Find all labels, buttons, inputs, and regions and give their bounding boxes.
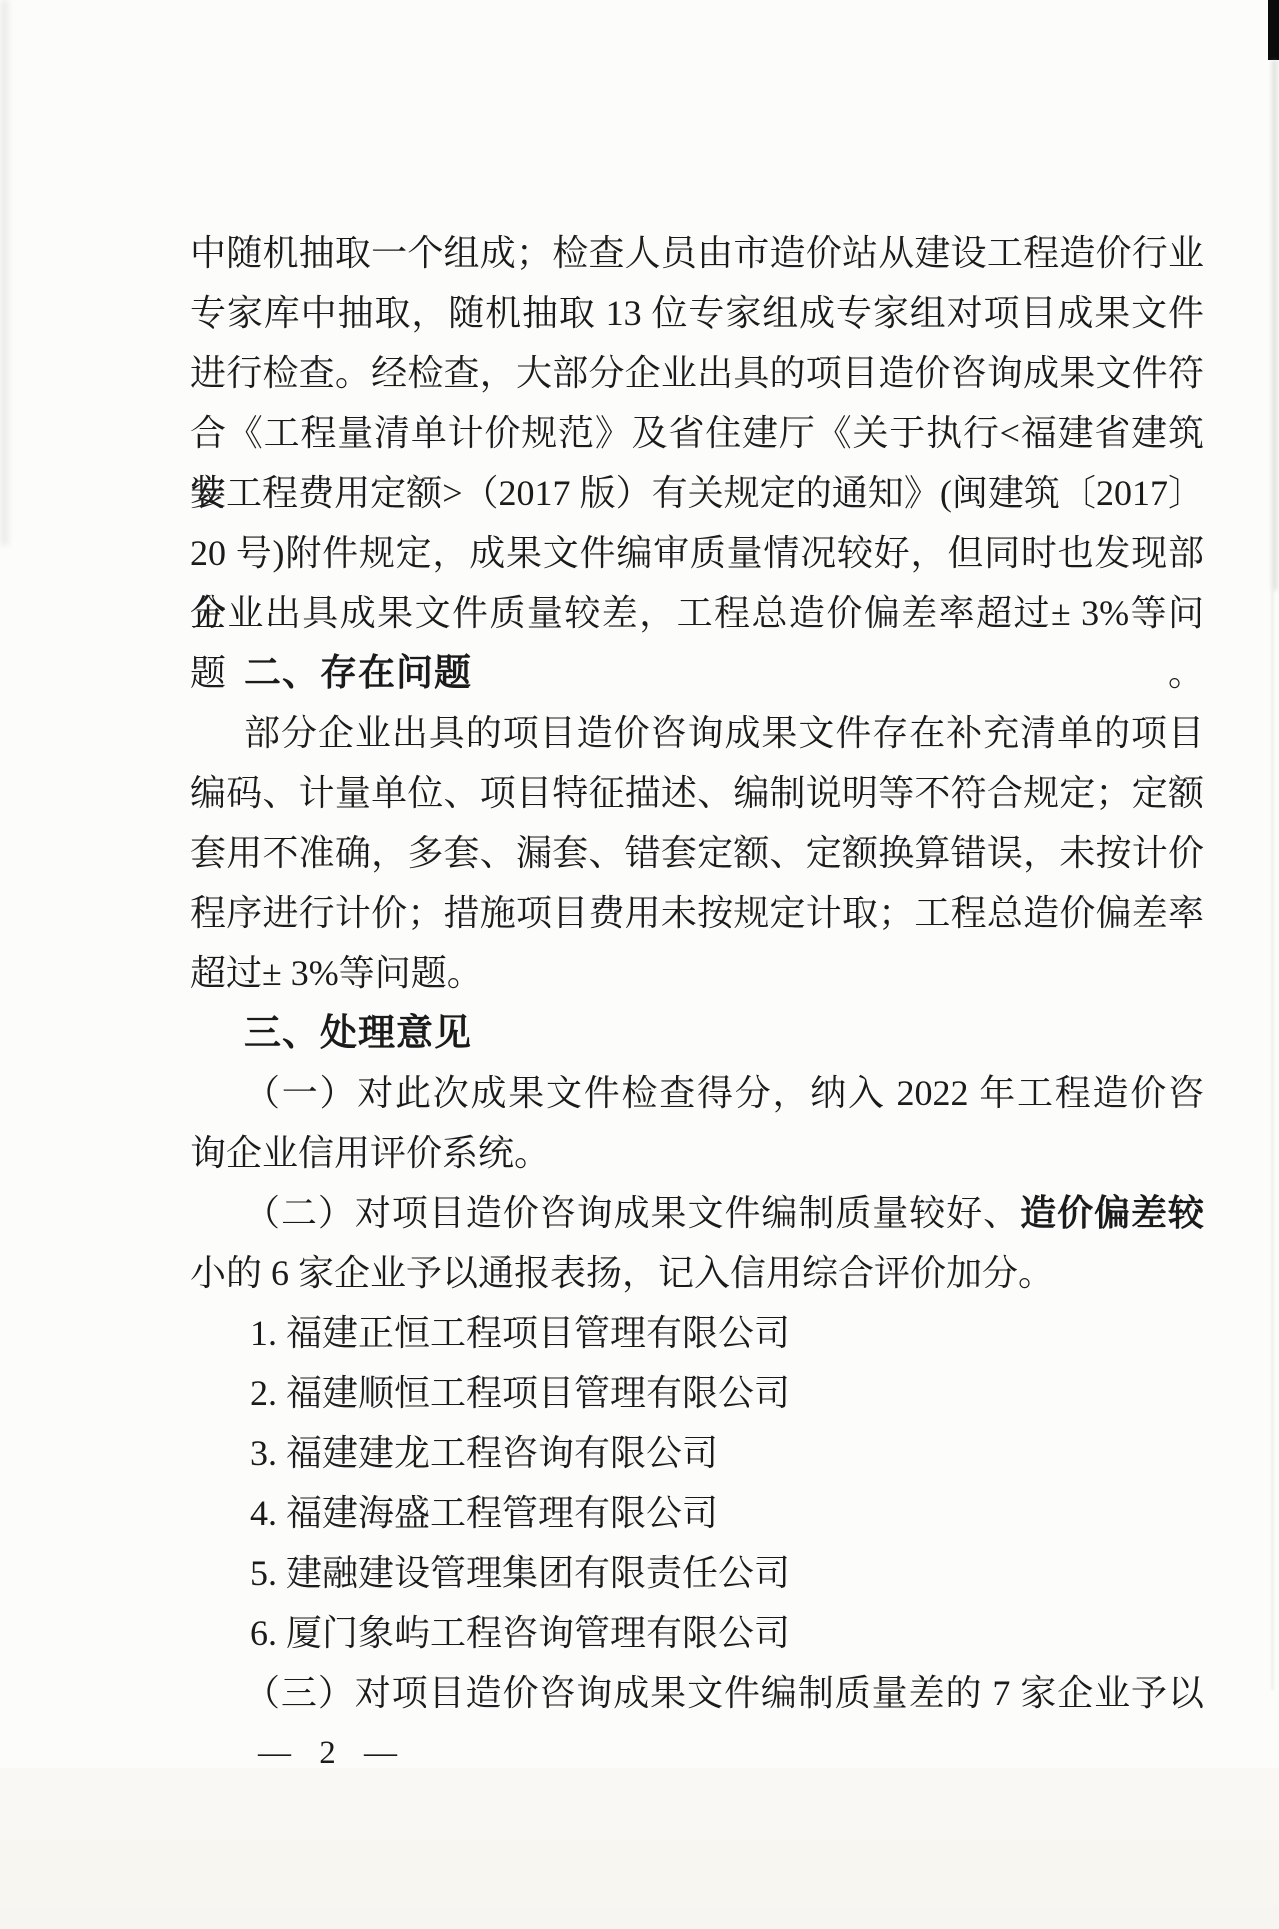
section-heading-actions: 三、处理意见 [190,1003,1204,1063]
scan-artifact-right-faint-line [1271,590,1274,1690]
company-list-item-2: 2. 福建顺恒工程项目管理有限公司 [190,1363,1204,1423]
paragraph-1-line-1: 中随机抽取一个组成；检查人员由市造价站从建设工程造价行业 [190,223,1204,283]
paragraph-3-line-1: （一）对此次成果文件检查得分，纳入 2022 年工程造价咨 [190,1063,1204,1123]
paragraph-1-line-6: 20 号)附件规定，成果文件编审质量情况较好，但同时也发现部分 [190,523,1204,583]
paragraph-2-line-5: 超过± 3%等问题。 [190,943,1204,1003]
paragraph-4-normal-text: （二）对项目造价咨询成果文件编制质量较好、 [244,1193,1020,1233]
company-list-item-4: 4. 福建海盛工程管理有限公司 [190,1483,1204,1543]
paragraph-4-line-2: 小的 6 家企业予以通报表扬，记入信用综合评价加分。 [190,1243,1204,1303]
company-list-item-1: 1. 福建正恒工程项目管理有限公司 [190,1303,1204,1363]
paragraph-2-line-4: 程序进行计价；措施项目费用未按规定计取；工程总造价偏差率 [190,883,1204,943]
company-list-item-3: 3. 福建建龙工程咨询有限公司 [190,1423,1204,1483]
paragraph-2-line-3: 套用不准确，多套、漏套、错套定额、定额换算错误，未按计价 [190,823,1204,883]
company-list-item-5: 5. 建融建设管理集团有限责任公司 [190,1543,1204,1603]
paragraph-1-line-4: 合《工程量清单计价规范》及省住建厅《关于执行<福建省建筑安 [190,403,1204,463]
paragraph-1-line-5: 装工程费用定额>（2017 版）有关规定的通知》(闽建筑〔2017〕 [190,463,1204,523]
paragraph-5-line-1: （三）对项目造价咨询成果文件编制质量差的 7 家企业予以 [190,1663,1204,1723]
text-block: 中随机抽取一个组成；检查人员由市造价站从建设工程造价行业 专家库中抽取，随机抽取… [190,223,1204,1783]
document-page: 中随机抽取一个组成；检查人员由市造价站从建设工程造价行业 专家库中抽取，随机抽取… [0,0,1279,1929]
scan-artifact-corner-mark [1268,0,1279,60]
company-list-item-6: 6. 厦门象屿工程咨询管理有限公司 [190,1603,1204,1663]
scan-artifact-bottom-tone-2 [0,1840,1279,1929]
scan-artifact-right-streak [1272,60,1277,590]
paragraph-2-line-1: 部分企业出具的项目造价咨询成果文件存在补充清单的项目 [190,703,1204,763]
paragraph-4-bold-text: 造价偏差较 [1020,1192,1204,1233]
paragraph-3-line-2: 询企业信用评价系统。 [190,1123,1204,1183]
paragraph-1-line-7: 企业出具成果文件质量较差，工程总造价偏差率超过± 3%等问题。 [190,583,1204,643]
paragraph-4-line-1: （二）对项目造价咨询成果文件编制质量较好、造价偏差较 [190,1183,1204,1243]
scan-artifact-left-smudge [0,0,9,545]
scan-artifact-bottom-tone-1 [0,1768,1279,1840]
paragraph-2-line-2: 编码、计量单位、项目特征描述、编制说明等不符合规定；定额 [190,763,1204,823]
paragraph-1-line-2: 专家库中抽取，随机抽取 13 位专家组成专家组对项目成果文件 [190,283,1204,343]
paragraph-1-line-3: 进行检查。经检查，大部分企业出具的项目造价咨询成果文件符 [190,343,1204,403]
